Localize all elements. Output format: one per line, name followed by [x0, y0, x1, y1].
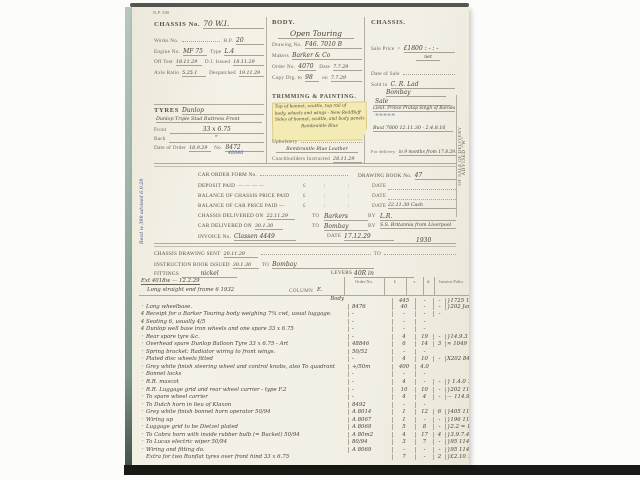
row-pounds: 40 [392, 304, 415, 310]
row-pounds: 10 [392, 387, 415, 393]
sold-to-city: Bombay [386, 89, 446, 97]
column-value: E. [317, 287, 323, 293]
header-shillings: s [406, 279, 423, 284]
row-pounds: 4 [392, 432, 415, 438]
row-pence: - [433, 394, 445, 400]
row-order-no: - [348, 311, 392, 317]
car-order-form-label: CAR ORDER FORM No. [198, 172, 257, 178]
header-pence: d. [423, 279, 434, 284]
row-mark: 4 [139, 311, 146, 317]
sale-title: CHASSIS. [371, 19, 406, 26]
chassis-delivered-to: Barkers [324, 213, 368, 221]
row-description: Dunlop well base iron wheels and one spa… [146, 326, 294, 332]
coachbuilders-label: Coachbuilders Instructed [272, 156, 330, 162]
table-pre-line-2: Long straight end frame 6 1932 [147, 287, 234, 293]
row-pounds: 400 [392, 364, 415, 370]
invoice-date-value: 17.12.29 [344, 233, 394, 241]
row-description: Rear spare tyre &c. [146, 334, 200, 340]
scanned-ledger-screenshot: N.P. 500 CHASSIS No. 70 W.I. Works No. H… [0, 0, 640, 480]
row-description: Luggage grid to be Dietzel plated [146, 424, 238, 430]
row-mark: · [139, 379, 146, 385]
row-shillings: - [415, 319, 433, 325]
margin-note: Recd w 399 advised 6.9.29 [140, 172, 145, 244]
upholstery-line [301, 141, 362, 143]
row-pence: - [433, 387, 445, 393]
deposit-dashes: — — — — [238, 183, 264, 189]
row-order-no: 48846 [348, 341, 392, 347]
row-description: Bonnet locks [146, 371, 181, 377]
row-mark: · [139, 387, 146, 393]
row-description-cell: Long wheelbase. [146, 304, 348, 310]
balance-chassis-label: BALANCE OF CHASSIS PRICE PAID [198, 193, 289, 199]
tyres-order-date: 18.9.29 [189, 146, 211, 152]
row-order-no: A 8014 [348, 409, 392, 415]
despatched-value: 19.11.29 [239, 71, 264, 77]
row-pounds: - [392, 349, 415, 355]
row-pounds: 1 [392, 417, 415, 423]
colon-mark: : [324, 193, 326, 199]
row-pence: 4 [433, 432, 445, 438]
sale-date-label: Date of Sale [371, 71, 400, 77]
row-order-no: - [348, 326, 392, 332]
row-pounds: - [392, 447, 415, 453]
body-date-value: 7.7.29 [333, 65, 362, 71]
hp-label: H.P. [223, 38, 233, 44]
row-pence: 6 [433, 409, 445, 415]
date-line [388, 198, 456, 200]
row-description: Wiring and fitting do. [146, 447, 205, 453]
row-pounds: 4 [392, 334, 415, 340]
row-description-cell: Extra for two Runflat tyres over front h… [146, 454, 348, 460]
row-description-cell: Grey white finish bonnet horn operator 5… [146, 409, 348, 415]
row-mark: · [139, 432, 146, 438]
sale-date-value [403, 73, 455, 75]
row-description-cell: Luggage grid to be Dietzel plated [146, 424, 348, 430]
works-no-value [182, 40, 221, 42]
row-order-no: - [348, 387, 392, 393]
row-pence: 3 [433, 341, 445, 347]
for-delivery-value: in 9 months from 17.8.29. [399, 150, 457, 156]
table-row: · To Dutch horn in lieu of Klaxon 8492 -… [139, 402, 469, 410]
type-label: Type [210, 49, 221, 55]
row-invoice-folio: }2.2 = 114.9 [445, 424, 469, 430]
table-row: 4 Receipt for a Barker Touring body weig… [139, 311, 469, 319]
row-pence: - [433, 447, 445, 453]
book-to-value: Bombay [272, 261, 374, 269]
invoice-items-table: Ext 4018w — 12.2.29 Long straight end fr… [139, 277, 469, 463]
copy-drg-value: 98 [305, 74, 319, 82]
to-label: TO [312, 213, 319, 219]
row-shillings: - [415, 326, 433, 332]
row-order-no: A 8067 [348, 417, 392, 423]
copy-on-value: 7.7.29 [331, 76, 362, 82]
row-shillings: - [415, 417, 433, 423]
row-pounds: 5 [392, 424, 415, 430]
row-shillings: - [415, 379, 433, 385]
tyres-front-label: Front [154, 127, 167, 133]
tyres-spec: Dunlop Triple Stud Buttress Front [156, 117, 262, 123]
row-pence: - [433, 334, 445, 340]
table-row: · R.R. mascot - 4 - - } 1.4.0 114.9 [139, 379, 469, 387]
row-invoice-folio: — 114.9 [445, 394, 469, 400]
table-row: · Spring bracket: Radiator wiring to fro… [139, 349, 469, 357]
row-description-cell: Bonnet locks [146, 371, 348, 377]
table-body: Body 445 - - }1725 114.9. · Long wheelba… [139, 296, 469, 462]
axle-ratio-value: 5.25.1 [182, 71, 206, 77]
row-pence: - [433, 311, 445, 317]
row-description-cell: Wiring and fitting do. [146, 447, 348, 453]
sale-hw2: Lieut. Prince Pratap Singh of Baroda [373, 106, 455, 112]
copy-on-label: on [322, 75, 328, 81]
row-pence: 2 [433, 454, 445, 460]
row-description: R.R. mascot [146, 379, 179, 385]
row-order-no: A 8069 [348, 447, 392, 453]
book-binding-edge [125, 7, 132, 465]
sent-fill [261, 253, 371, 255]
ledger-page: N.P. 500 CHASSIS No. 70 W.I. Works No. H… [132, 7, 469, 465]
row-order-no: +/50m [348, 364, 392, 370]
to-label: TO [312, 223, 319, 229]
row-order-no: 8476 [348, 304, 392, 310]
mid-rule [154, 243, 456, 244]
row-shillings: - [415, 304, 433, 310]
row-pounds: 4 [392, 379, 415, 385]
header-pounds: £ [384, 279, 406, 284]
row-pence: - [433, 439, 445, 445]
row-order-no: - [348, 334, 392, 340]
row-invoice-folio: ≈ 1049 [445, 341, 469, 347]
row-pounds: 4 [392, 394, 415, 400]
table-row: · To Lucas electric wiper 50/94 80/94 3 … [139, 439, 469, 447]
drawing-no-value: F46. 7010 B [305, 41, 362, 49]
form-number: N.P. 500 [153, 10, 169, 15]
row-shillings: - [415, 371, 433, 377]
body-date-label: Date [319, 64, 330, 70]
tyres-no-label: No. [214, 145, 222, 151]
table-pre-line-1: Ext 4018w — 12.2.29 [141, 278, 200, 285]
row-mark: · [139, 371, 146, 377]
row-invoice-folio: }3.9.7.4 = 46.114.9 [445, 432, 469, 438]
table-row: · R.R. Luggage grid and rear wheel carri… [139, 387, 469, 395]
table-vrule [384, 277, 385, 295]
trimming-note: Top of bonnet, scuttle, top rail of body… [272, 101, 368, 141]
row-order-no: - [348, 371, 392, 377]
row-description: Grey white finish steering wheel and con… [146, 364, 335, 370]
table-row: · Grey white finish bonnet horn operator… [139, 409, 469, 417]
row-shillings: - [415, 454, 433, 460]
row-mark: · [139, 356, 146, 362]
tyres-back-value: ” [169, 135, 264, 143]
off-test-label: Off Test [154, 59, 173, 65]
row-pence: - [433, 304, 445, 310]
tyres-label: TYRES [154, 107, 179, 114]
makers-label: Makers [272, 53, 289, 59]
row-description: Spring bracket: Radiator wiring to front… [146, 349, 275, 355]
tyres-front-value: 33 x 6.75 [170, 126, 265, 134]
sent-to-label: TO [374, 251, 381, 257]
table-vrule [344, 277, 345, 295]
invoice-date-label: DATE [327, 233, 341, 239]
colon-mark: : [348, 203, 350, 209]
header-invoice-folio: Invoice Folio. [434, 279, 469, 284]
colon-mark: : [348, 193, 350, 199]
engine-no-label: Engine No. [154, 49, 180, 55]
row-pounds: 4 [392, 356, 415, 362]
row-pounds: - [392, 402, 415, 408]
sold-to-label: Sold to [371, 82, 388, 88]
trimming-title: TRIMMING & PAINTING. [272, 94, 356, 100]
row-pence: - [433, 379, 445, 385]
row-shillings: 8 [415, 424, 433, 430]
row-pounds: - [392, 311, 415, 317]
row-description: R.R. Luggage grid and rear wheel carrier… [146, 387, 286, 393]
row-shillings: 17 [415, 432, 433, 438]
book-to-label: TO [262, 262, 269, 268]
engine-no-value: MF 75 [183, 48, 207, 56]
row-description-cell: Overhead spare Dunlop Balloon Tyre 33 x … [146, 341, 348, 347]
row-shillings: 19 [415, 334, 433, 340]
hp-value: 20 [236, 37, 264, 45]
upholstery-label: Upholstery [272, 139, 298, 145]
table-row: · Luggage grid to be Dietzel plated A 80… [139, 424, 469, 432]
row-mark: 4 [139, 326, 146, 332]
row-description: Long wheelbase. [146, 304, 192, 310]
sale-hw3-scribble: ≈≈≈≈≈ [375, 113, 395, 118]
despatched-label: Despatched [209, 70, 236, 76]
car-delivered-date: 30.1.30 [255, 224, 283, 230]
column-divider-1 [266, 17, 267, 164]
row-pounds: - [392, 371, 415, 377]
table-row: Extra for two Runflat tyres over front h… [139, 454, 469, 462]
column-label: COLUMN [289, 288, 313, 294]
row-description-cell: Receipt for a Barker Touring body weighi… [146, 311, 348, 317]
upholstery-value: Rembrantle Blue Leather [276, 147, 358, 153]
sold-to-value: C. R. Lad [391, 81, 455, 89]
advised-outer: ADVISED “W” [462, 97, 467, 215]
row-shillings: 10 [415, 356, 433, 362]
sale-price-value: £1800 : - : - [404, 45, 455, 53]
row-pounds: - [392, 326, 415, 332]
row-description: To Lucas electric wiper 50/94 [146, 439, 227, 445]
tyres-value: Dunlop [182, 107, 264, 115]
type-value: L.4 [224, 48, 264, 56]
car-delivered-to: Bombay [324, 223, 368, 231]
row-description: To Cobra horn with inside rubber bulb (=… [146, 432, 300, 438]
drawing-book-value: 47 [415, 172, 456, 180]
row-description-cell: Wiring up [146, 417, 348, 423]
row-mark: · [139, 409, 146, 415]
axle-ratio-label: Axle Ratio [154, 70, 179, 76]
works-no-label: Works No. [154, 38, 179, 44]
table-row: · Wiring and fitting do. A 8069 - - - }9… [139, 447, 469, 455]
row-invoice-folio: }95 114.9 [445, 447, 469, 453]
chassis-delivered-by: L.R. [380, 213, 456, 221]
pound-sign: £ [303, 193, 306, 199]
tyres-back-label: Back [154, 136, 166, 142]
advised-margin: OF SALE OF DELIVERY ADVISED “W” [457, 97, 469, 215]
col1-rule [154, 104, 264, 105]
di-issued-label: D.I. Issued [205, 59, 230, 65]
colon-mark: : [324, 183, 326, 189]
row-order-no: 50/52 [348, 349, 392, 355]
row-mark: · [139, 439, 146, 445]
table-row: · Plated disc wheels fitted - 4 10 - X20… [139, 356, 469, 364]
column-divider-2 [364, 17, 365, 164]
di-issued-value: 18.11.29 [233, 60, 264, 66]
chassis-drawing-sent-date: 20.11.29 [224, 252, 258, 258]
row-order-no: - [348, 319, 392, 325]
row-order-no: A 8069 [348, 424, 392, 430]
date-label: DATE [372, 183, 386, 189]
table-row: · Overhead spare Dunlop Balloon Tyre 33 … [139, 341, 469, 349]
row-shillings: 12 [415, 409, 433, 415]
row-order-no: - [348, 379, 392, 385]
note-line: Rembrantle Blue [275, 123, 364, 131]
instruction-book-label: INSTRUCTION BOOK ISSUED [154, 262, 230, 268]
table-row: 4 Dunlop well base iron wheels and one s… [139, 326, 469, 334]
row-shillings: - [415, 311, 433, 317]
row-description-right: Body [330, 296, 344, 302]
row-pounds: 6 [392, 341, 415, 347]
copy-drg-label: Copy Drg. to [272, 75, 302, 81]
row-description-cell: Dunlop well base iron wheels and one spa… [146, 326, 348, 332]
row-description: Grey white finish bonnet horn operator 5… [146, 409, 271, 415]
table-vrule [406, 277, 407, 295]
row-pence: - [433, 424, 445, 430]
row-shillings: - [415, 402, 433, 408]
chassis-no-label: CHASSIS No. [154, 21, 200, 28]
row-description-cell: R.R. mascot [146, 379, 348, 385]
row-invoice-folio: }196 114.9 [445, 417, 469, 423]
off-test-value: 18.11.29 [176, 60, 202, 66]
row-description: Wiring up [146, 417, 173, 423]
row-shillings: - [415, 349, 433, 355]
row-mark: · [139, 394, 146, 400]
row-invoice-folio: X202 84.9 [445, 356, 469, 362]
section-rule [154, 163, 456, 164]
sale-price-label: Sale Price [371, 46, 394, 52]
row-description-cell: Body [146, 296, 348, 302]
table-row: · Rear spare tyre &c. - 4 19 - }14.9.3 [139, 334, 469, 342]
row-mark: · [139, 402, 146, 408]
row-mark: · [139, 341, 146, 347]
row-mark: · [139, 349, 146, 355]
row-shillings: 10 [415, 387, 433, 393]
row-order-no: 80/94 [348, 439, 392, 445]
row-pence: - [433, 356, 445, 362]
row-pounds: 3 [392, 439, 415, 445]
row-shillings: - [415, 447, 433, 453]
levers-label: LEVERS [331, 270, 352, 276]
row-description-cell: Rear spare tyre &c. [146, 334, 348, 340]
row-description: Overhead spare Dunlop Balloon Tyre 33 x … [146, 341, 288, 347]
sale-hw4: Buxt 7800 12.11.30 - 2.4.8.16 [373, 126, 453, 132]
invoice-label: INVOICE No. [198, 234, 231, 240]
table-row: · Long wheelbase. 8476 40 - - }202 Jan 4… [139, 304, 469, 312]
balance-car-date: 22.11.30 Cash [388, 203, 456, 209]
sale-price-eq: = [397, 46, 400, 52]
table-row: 4 Seating 6, usually 4/5 - - - [139, 319, 469, 327]
row-mark: · [139, 334, 146, 340]
row-invoice-folio: }202 114.9. [445, 387, 469, 393]
row-mark: · [139, 364, 146, 370]
row-description: Receipt for a Barker Touring body weighi… [146, 311, 332, 317]
row-shillings: 7 [415, 439, 433, 445]
chassis-no-value: 70 W.I. [203, 19, 264, 29]
section-rule2 [154, 166, 456, 167]
row-order-no: - [348, 356, 392, 362]
row-mark: 4 [139, 319, 146, 325]
pound-sign: £ [303, 203, 306, 209]
table-row: · Wiring up A 8067 1 - - }196 114.9 [139, 417, 469, 425]
row-description-cell: To Cobra horn with inside rubber bulb (=… [146, 432, 348, 438]
car-delivered-by: S.S. Britannia from Liverpool [380, 223, 456, 229]
chassis-delivered-date: 22.11.29 [267, 214, 295, 220]
row-description-cell: Spring bracket: Radiator wiring to front… [146, 349, 348, 355]
row-invoice-folio: }95 114.9 [445, 439, 469, 445]
tyres-order-label: Date of Order [154, 145, 186, 151]
pound-sign: £ [303, 183, 306, 189]
row-pounds: 7 [392, 454, 415, 460]
row-shillings: 14 [415, 341, 433, 347]
row-shillings: 4.0 [415, 364, 433, 370]
row-pounds: - [392, 319, 415, 325]
sent-to-value [384, 253, 456, 255]
row-description: To Dutch horn in lieu of Klaxon [146, 402, 231, 408]
row-invoice-folio: }£2.10 114.7 [445, 454, 469, 460]
date-label: DATE [372, 193, 386, 199]
table-row: · To spare wheel carrier - 4 4 - — 114.9 [139, 394, 469, 402]
row-invoice-folio: }405 114.9 [445, 409, 469, 415]
by-label: BY [368, 223, 376, 229]
row-description-cell: Grey white finish steering wheel and con… [146, 364, 348, 370]
row-description: To spare wheel carrier [146, 394, 208, 400]
table-vrule [434, 277, 435, 295]
table-header: Ext 4018w — 12.2.29 Long straight end fr… [139, 277, 469, 296]
scanner-bottom-edge [124, 465, 640, 475]
row-mark: · [139, 424, 146, 430]
date-line [388, 188, 456, 190]
car-order-form-value [260, 174, 348, 176]
instruction-book-date: 30.1.30 [233, 263, 259, 269]
row-invoice-folio: }202 Jan 4.7 [445, 304, 469, 310]
row-description-cell: To spare wheel carrier [146, 394, 348, 400]
mid-rule2 [154, 246, 456, 247]
row-mark: · [139, 304, 146, 310]
row-order-no: A 80m2 [348, 432, 392, 438]
drawing-book-label: DRAWING BOOK No. [358, 173, 412, 179]
row-invoice-folio: }14.9.3 [445, 334, 469, 340]
deposit-label: DEPOSIT PAID [198, 183, 235, 189]
row-description-cell: Seating 6, usually 4/5 [146, 319, 348, 325]
table-row: · To Cobra horn with inside rubber bulb … [139, 432, 469, 440]
row-description: Seating 6, usually 4/5 [146, 319, 205, 325]
row-order-no: - [348, 394, 392, 400]
body-title: BODY. [272, 19, 295, 26]
row-description: Plated disc wheels fitted [146, 356, 213, 362]
row-mark: · [139, 417, 146, 423]
invoice-value: Classen 4449 [234, 233, 296, 241]
table-row: Body 445 - - }1725 114.9. [139, 296, 469, 304]
makers-value: Barker & Co [292, 52, 362, 60]
body-style: Open Touring [278, 29, 354, 39]
table-row: · Grey white finish steering wheel and c… [139, 364, 469, 372]
row-description: Extra for two Runflat tyres over front h… [146, 454, 289, 460]
sale-net: net [416, 55, 440, 61]
row-description-cell: R.R. Luggage grid and rear wheel carrier… [146, 387, 348, 393]
chassis-delivered-label: CHASSIS DELIVERED ON [198, 213, 264, 219]
header-order-no: Order No. [344, 279, 384, 284]
